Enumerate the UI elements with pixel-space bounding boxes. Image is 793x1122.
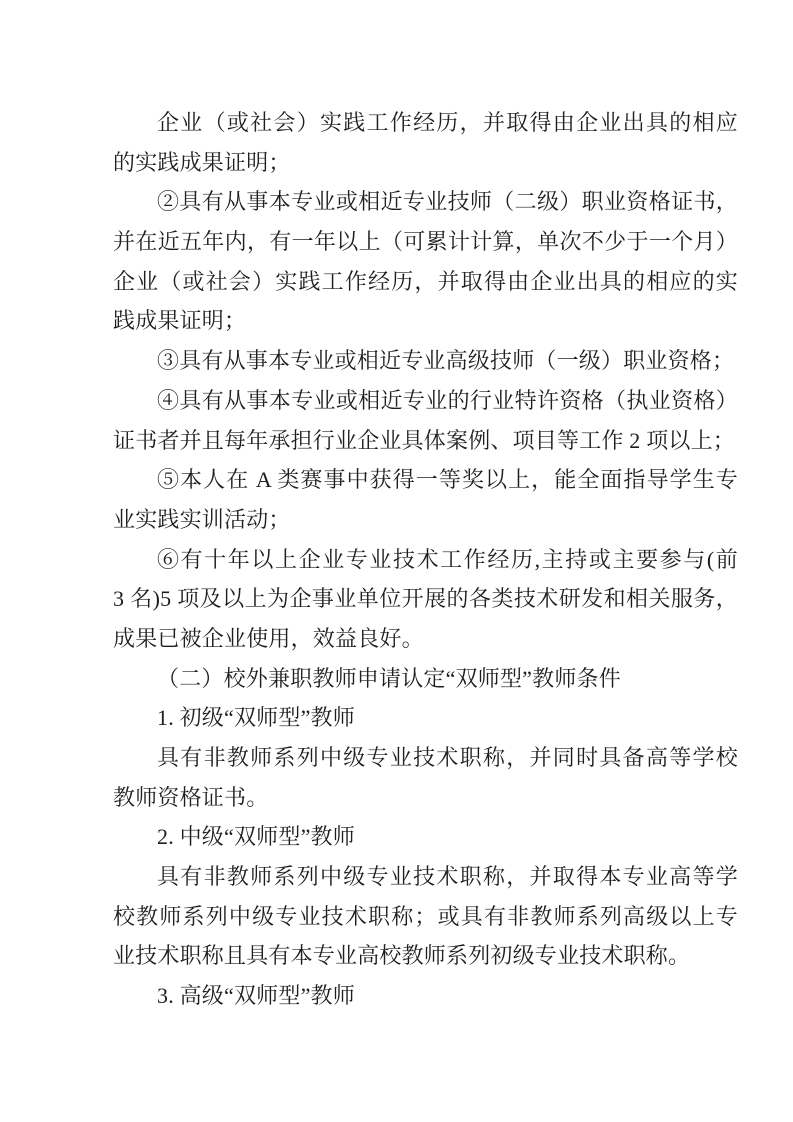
text-line: 具有非教师系列中级专业技术职称，并取得本专业高等学	[113, 857, 738, 897]
text-line: 业技术职称且具有本专业高校教师系列初级专业技术职称。	[113, 936, 738, 976]
text-line: （二）校外兼职教师申请认定“双师型”教师条件	[113, 659, 738, 699]
document-body: 企业（或社会）实践工作经历，并取得由企业出具的相应的实践成果证明；②具有从事本专…	[113, 103, 738, 1016]
text-line: 企业（或社会）实践工作经历，并取得由企业出具的相应	[113, 103, 738, 143]
text-line: ③具有从事本专业或相近专业高级技师（一级）职业资格；	[113, 341, 738, 381]
text-line: 并在近五年内，有一年以上（可累计计算，单次不少于一个月）	[113, 222, 738, 262]
text-line: ⑥有十年以上企业专业技术工作经历,主持或主要参与(前	[113, 540, 738, 580]
text-line: 成果已被企业使用，效益良好。	[113, 619, 738, 659]
text-line: ④具有从事本专业或相近专业的行业特许资格（执业资格）	[113, 381, 738, 421]
text-line: ⑤本人在 A 类赛事中获得一等奖以上，能全面指导学生专	[113, 460, 738, 500]
text-line: 具有非教师系列中级专业技术职称，并同时具备高等学校	[113, 738, 738, 778]
text-line: 2. 中级“双师型”教师	[113, 817, 738, 857]
text-line: 1. 初级“双师型”教师	[113, 698, 738, 738]
text-line: 校教师系列中级专业技术职称；或具有非教师系列高级以上专	[113, 897, 738, 937]
text-line: 的实践成果证明；	[113, 143, 738, 183]
text-line: ②具有从事本专业或相近专业技师（二级）职业资格证书，	[113, 182, 738, 222]
text-line: 企业（或社会）实践工作经历，并取得由企业出具的相应的实	[113, 262, 738, 302]
text-line: 教师资格证书。	[113, 778, 738, 818]
text-line: 业实践实训活动；	[113, 500, 738, 540]
document-page: 企业（或社会）实践工作经历，并取得由企业出具的相应的实践成果证明；②具有从事本专…	[0, 0, 793, 1122]
text-line: 证书者并且每年承担行业企业具体案例、项目等工作 2 项以上；	[113, 421, 738, 461]
text-line: 3. 高级“双师型”教师	[113, 976, 738, 1016]
text-line: 践成果证明；	[113, 301, 738, 341]
text-line: 3 名)5 项及以上为企事业单位开展的各类技术研发和相关服务，	[113, 579, 738, 619]
